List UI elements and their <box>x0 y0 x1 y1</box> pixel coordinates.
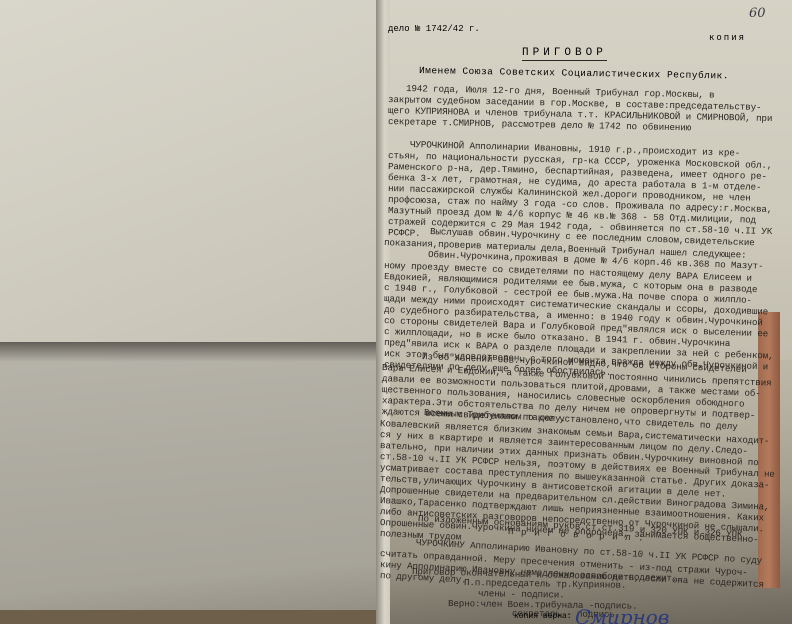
left-page-lower-sheet <box>0 342 382 624</box>
left-page-upper-sheet <box>0 0 382 358</box>
signature-label: копия верна: <box>514 612 572 621</box>
document-body: 1942 года, Июля 12-го дня, Военный Трибу… <box>388 0 783 624</box>
handwritten-signature: Смирнов <box>575 605 669 624</box>
folder-edge <box>0 610 382 624</box>
page-fold-shadow <box>0 342 382 362</box>
